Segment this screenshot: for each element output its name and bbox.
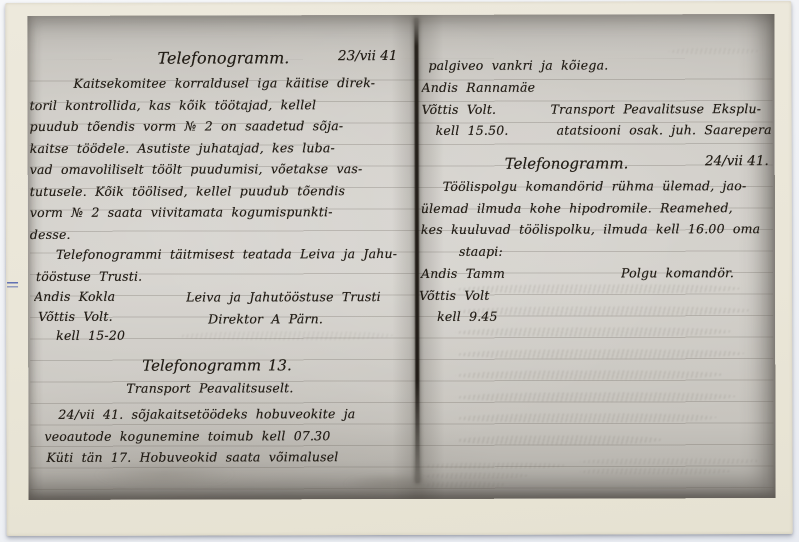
notebook-spread: Telefonogramm. 23/vii 41 Kaitsekomitee k… (27, 14, 775, 500)
entry3-signatures: Andis TammVõttis Voltkell 9.45 Polgu kom… (419, 262, 773, 327)
entry1-body-line: desse. (30, 222, 412, 245)
ghost-handwriting-line (455, 392, 736, 402)
entry1-body-line: kaitse töödele. Asutiste juhatajad, kes … (30, 136, 412, 159)
entry2-continuation-line: palgiveo vankri ja kõiega. (418, 54, 772, 76)
entry3-sent-line: kell 9.45 (419, 305, 621, 327)
photo-print: Telefonogramm. 23/vii 41 Kaitsekomitee k… (5, 1, 792, 536)
entry1-body: Kaitsekomitee korraldusel iga käitise di… (29, 72, 411, 245)
entry3-body: Töölispolgu komandörid rühma ülemad, jao… (421, 175, 773, 262)
ghost-handwriting-line (423, 482, 506, 488)
entry3-signature-line: Polgu komandör. (621, 262, 773, 284)
entry1-note: Telefonogrammi täitmisest teatada Leiva … (30, 243, 412, 287)
entry1-body-line: toril kontrollida, kas kõik töötajad, ke… (30, 93, 412, 116)
entry3-date: 24/vii 41. (705, 153, 769, 169)
ghost-handwriting-line (423, 472, 529, 478)
entry3-body-line: staapi: (421, 240, 773, 262)
entry2-sent-line: Võttis Volt. (422, 98, 551, 120)
entry2-signature-line: atatsiooni osak. juh. Saarepera (551, 119, 773, 141)
blue-margin-mark (7, 281, 18, 290)
entry1-body-line: tutusele. Kõik töölised, kellel puudub t… (30, 179, 412, 201)
entry2-body-line: veoautode kogunemine toimub kell 07.30 (30, 424, 412, 447)
photograph-background: { "colors": { "ink": "#221d16", "paper":… (0, 0, 799, 542)
ghost-handwriting-line (455, 413, 718, 423)
entry1-note-line: tööstuse Trusti. (30, 264, 412, 287)
ghost-handwriting-line (455, 349, 745, 359)
entry3-sent-by: Andis TammVõttis Voltkell 9.45 (419, 262, 621, 327)
entry3-signature: Polgu komandör. (621, 262, 773, 327)
entry2-signature: Transport Peavalitsuse Eksplu-atatsiooni… (551, 98, 773, 142)
entry2-signature-line: Transport Peavalitsuse Eksplu- (551, 98, 773, 120)
entry3-body-line: ülemad ilmuda kohe hipodromile. Reamehed… (421, 197, 773, 219)
entry2-sent-by: Andis RannamäeVõttis Volt.kell 15.50. (418, 77, 550, 142)
entry3-body-line: kes kuuluvad töölispolku, ilmuda kell 16… (421, 218, 773, 240)
entry2-body: 24/vii 41. sõjakaitsetöödeks hobuveokite… (30, 403, 412, 468)
entry2-sent-line: Andis Rannamäe (421, 77, 550, 99)
entry2-signoff: Andis RannamäeVõttis Volt.kell 15.50. Tr… (418, 76, 772, 141)
ghost-handwriting-line (423, 463, 566, 469)
entry1-sent-line: Andis Kokla (34, 287, 186, 307)
ghost-handwriting-line (579, 468, 733, 474)
ghost-handwriting-line (455, 327, 733, 337)
entry1-signatures: Andis KoklaVõttis Volt.kell 15-20 Leiva … (28, 286, 414, 346)
entry1-heading-row: Telefonogramm. 23/vii 41 (27, 47, 413, 70)
entry1-body-line: Kaitsekomitee korraldusel iga käitise di… (29, 72, 411, 95)
entry1-sent-line: Võttis Volt. (34, 306, 186, 326)
entry3-sent-line: Andis Tamm (419, 262, 621, 284)
entry1-note-line: Telefonogrammi täitmisest teatada Leiva … (30, 243, 412, 266)
entry1-signature: Leiva ja Jahutööstuse TrustiDirektor A P… (186, 286, 414, 345)
entry3-body-line: Töölispolgu komandörid rühma ülemad, jao… (421, 175, 773, 197)
left-page: Telefonogramm. 23/vii 41 Kaitsekomitee k… (27, 15, 414, 500)
ghost-handwriting-line (455, 370, 724, 380)
ghost-handwriting-line (579, 458, 760, 464)
entry2-body-line: 24/vii 41. sõjakaitsetöödeks hobuveokite… (30, 403, 412, 426)
entry2-sent-line: kell 15.50. (422, 120, 551, 142)
entry1-date: 23/vii 41 (338, 48, 398, 64)
entry1-body-line: vorm № 2 saata viivitamata kogumispunkti… (30, 201, 412, 224)
entry1-body-line: puudub tõendis vorm № 2 on saadetud sõja… (30, 115, 412, 138)
entry3-heading-row: Telefonogramm. 24/vii 41. (419, 152, 773, 175)
entry2-subtitle: Transport Peavalitsuselt. (28, 377, 414, 400)
entry1-sent-by: Andis KoklaVõttis Volt.kell 15-20 (28, 287, 186, 346)
entry1-signature-line: Direktor A Pärn. (186, 307, 414, 329)
entry1-sent-line: kell 15-20 (34, 326, 186, 346)
ghost-footer-center (579, 458, 759, 477)
entry1-signature-line: Leiva ja Jahutööstuse Trusti (186, 286, 414, 308)
ghost-handwriting-line (455, 435, 663, 445)
entry2-title: Telefonogramm 13. (28, 354, 414, 377)
ghost-footer-left (424, 463, 574, 492)
right-page: palgiveo vankri ja kõiega. Andis Rannamä… (418, 14, 773, 499)
entry1-body-line: vad omavoliliselt töölt puudumisi, võeta… (30, 158, 412, 181)
entry3-sent-line: Võttis Volt (419, 284, 621, 306)
entry2-body-line: Küti tän 17. Hobuveokid saata võimalusel (30, 446, 412, 469)
